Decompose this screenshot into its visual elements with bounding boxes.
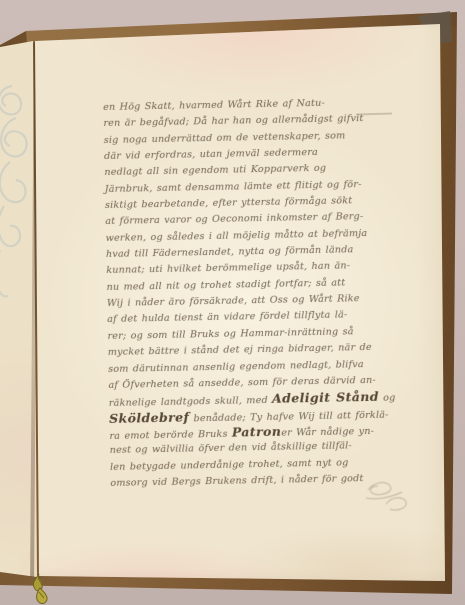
- emphasized-word: Sköldebref: [109, 409, 189, 426]
- bookmark-ribbon: [27, 574, 61, 605]
- manuscript-page: en Hög Skatt, hvarmed Wårt Rike af Natu-…: [0, 0, 465, 605]
- pencil-smudge: [360, 476, 420, 521]
- emphasized-word: Patron: [232, 424, 282, 440]
- manuscript-text-block: en Hög Skatt, hvarmed Wårt Rike af Natu-…: [103, 94, 406, 492]
- emphasized-word: Adeligit Stånd: [272, 389, 379, 406]
- book-photo: en Hög Skatt, hvarmed Wårt Rike af Natu-…: [0, 0, 465, 605]
